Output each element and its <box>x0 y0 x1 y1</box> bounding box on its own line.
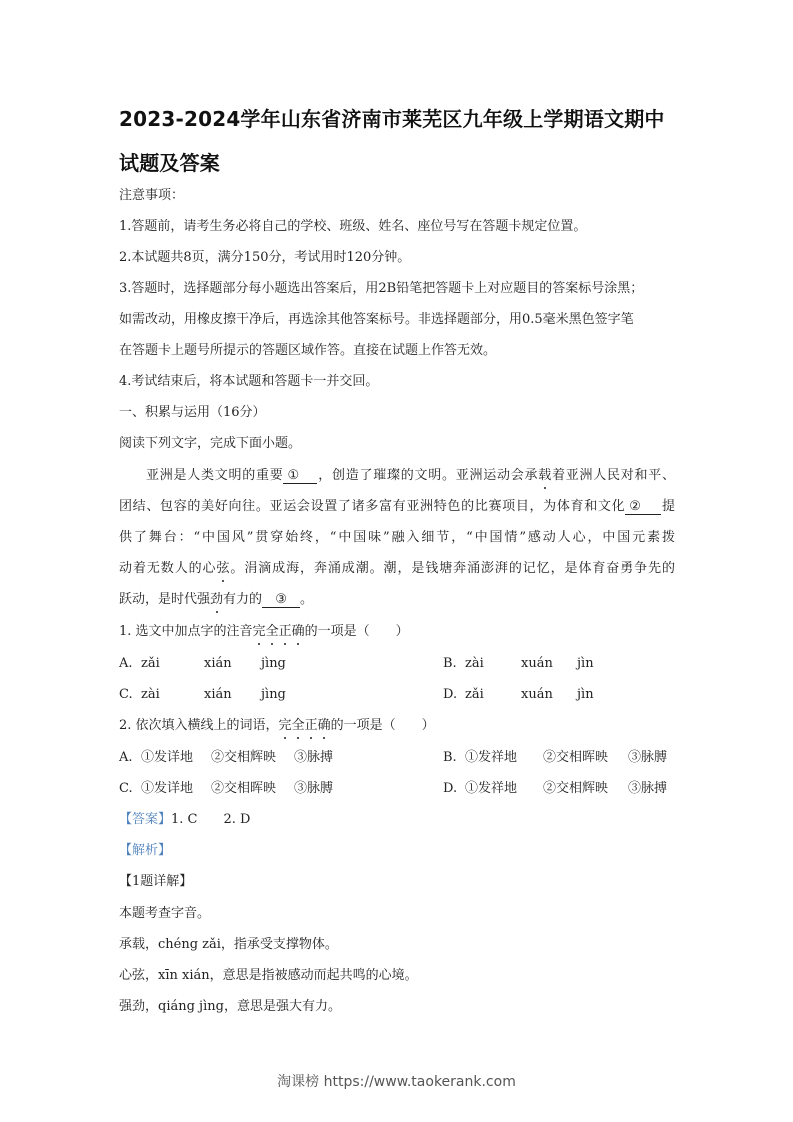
emphasis-char: 全 <box>292 718 305 734</box>
analysis-line-4: 强劲，qiáng jìng，意思是强大有力。 <box>119 999 341 1015</box>
option-value: zài <box>465 656 521 672</box>
analysis-tag: 【解析】 <box>119 843 171 859</box>
option-value: ①发祥地 <box>465 781 543 797</box>
question-stem-text: 的一项是（ ） <box>331 718 435 733</box>
analysis-line-3: 心弦，xīn xián，意思是指被感动而起共鸣的心境。 <box>119 968 418 984</box>
option-value: ①发详地 <box>141 781 211 797</box>
emphasis-char: 全 <box>266 624 279 640</box>
passage-text: 有力的 <box>223 592 262 607</box>
note-item-1: 1.答题前，请考生务必将自己的学校、班级、姓名、座位号写在答题卡规定位置。 <box>119 219 586 235</box>
question-2-option-b[interactable]: B.①发祥地②交相晖映③脉膊 <box>443 750 667 766</box>
answer-line: 【答案】1. C 2. D <box>119 812 250 828</box>
emphasis-char: 正 <box>279 624 292 640</box>
option-value: jìn <box>577 656 594 672</box>
blank-1: ① <box>283 468 317 484</box>
emphasis-char: 确 <box>318 718 331 734</box>
question-2-stem: 2. 依次填入横线上的词语，完全正确的一项是（ ） <box>119 718 435 734</box>
passage-text: 团结、包容的美好向往。亚运会设置了诸多富有亚洲特色的比赛项目，为体育和文化 <box>119 499 625 514</box>
emphasis-char: 正 <box>305 718 318 734</box>
option-label: D. <box>443 687 465 703</box>
note-item-2: 2.本试题共8页，满分150分，考试用时120分钟。 <box>119 250 410 266</box>
option-label: D. <box>443 781 465 797</box>
emphasis-char: 载 <box>538 468 551 484</box>
option-label: A. <box>119 750 141 766</box>
section-heading: 一、积累与运用（16分） <box>119 405 266 421</box>
question-stem-text: 1. 选文中加点字的注音 <box>119 624 253 639</box>
option-label: C. <box>119 781 141 797</box>
option-value: ①发祥地 <box>465 750 543 766</box>
section-instruction: 阅读下列文字，完成下面小题。 <box>119 436 301 452</box>
option-label: C. <box>119 687 141 703</box>
document-title-line-1: 2023-2024学年山东省济南市莱芜区九年级上学期语文期中 <box>119 103 679 132</box>
note-item-3-cont-2: 在答题卡上题号所提示的答题区域作答。直接在试题上作答无效。 <box>119 343 496 359</box>
passage-text: 亚洲是人类文明的重要 <box>146 468 283 483</box>
document-title-line-2: 试题及答案 <box>119 147 679 176</box>
analysis-sub-heading: 【1题详解】 <box>119 874 192 890</box>
question-1-option-d[interactable]: D.zǎixuánjìn <box>443 687 594 703</box>
blank-3: ③ <box>262 592 300 608</box>
option-value: ③脉搏 <box>628 781 667 797</box>
option-value: jìng <box>261 687 286 703</box>
passage-text: 提 <box>661 499 675 514</box>
passage-text: 动着无数人的心 <box>119 561 216 576</box>
option-value: ①发详地 <box>141 750 211 766</box>
emphasis-char: 确 <box>292 624 305 640</box>
option-value: zǎi <box>141 656 204 672</box>
option-value: ③脉膊 <box>628 750 667 766</box>
passage-line-5: 跃动，是时代强劲有力的③。 <box>119 592 313 608</box>
note-item-3-cont-1: 如需改动，用橡皮擦干净后，再选涂其他答案标号。非选择题部分，用0.5毫米黑色签字… <box>119 312 634 328</box>
analysis-line-1: 本题考查字音。 <box>119 906 210 922</box>
question-stem-text: 2. 依次填入横线上的词语， <box>119 718 279 733</box>
option-value: xián <box>204 656 261 672</box>
passage-line-2: 团结、包容的美好向往。亚运会设置了诸多富有亚洲特色的比赛项目，为体育和文化②提 <box>119 499 675 515</box>
option-value: ②交相辉映 <box>211 750 294 766</box>
passage-text: 。涓滴成海，奔涌成潮。潮，是钱塘奔涌澎湃的记忆，是体育奋勇争先的 <box>229 561 675 576</box>
option-value: zǎi <box>465 687 521 703</box>
question-1-option-b[interactable]: B.zàixuánjìn <box>443 656 594 672</box>
question-2-option-a[interactable]: A.①发详地②交相辉映③脉搏 <box>119 750 333 766</box>
emphasis-char: 弦 <box>216 561 229 577</box>
option-value: ②交相晖映 <box>211 781 294 797</box>
question-2-option-d[interactable]: D.①发祥地②交相辉映③脉搏 <box>443 781 667 797</box>
passage-text: 。 <box>300 592 313 607</box>
note-item-3: 3.答题时，选择题部分每小题选出答案后，用2B铅笔把答题卡上对应题目的答案标号涂… <box>119 281 643 297</box>
question-2-option-c[interactable]: C.①发详地②交相晖映③脉膊 <box>119 781 333 797</box>
passage-text: 跃动，是时代强 <box>119 592 210 607</box>
passage-text: 着亚洲人民对和平、 <box>551 468 675 483</box>
blank-2: ② <box>625 499 661 515</box>
question-1-stem: 1. 选文中加点字的注音完全正确的一项是（ ） <box>119 624 409 640</box>
question-1-option-c[interactable]: C.zàixiánjìng <box>119 687 286 703</box>
analysis-line-2: 承载，chéng zǎi，指承受支撑物体。 <box>119 937 338 953</box>
option-value: ③脉搏 <box>294 750 333 766</box>
emphasis-char: 完 <box>279 718 292 734</box>
passage-line-4: 动着无数人的心弦。涓滴成海，奔涌成潮。潮，是钱塘奔涌澎湃的记忆，是体育奋勇争先的 <box>119 561 675 577</box>
option-label: B. <box>443 656 465 672</box>
footer-watermark: 淘课榜 https://www.taokerank.com <box>0 1071 793 1091</box>
answer-text: 1. C 2. D <box>171 812 250 827</box>
option-value: ②交相辉映 <box>543 781 628 797</box>
option-label: A. <box>119 656 141 672</box>
passage-line-3: 供了舞台：“中国风”贯穿始终，“中国味”融入细节，“中国情”感动人心，中国元素拨 <box>119 530 675 546</box>
passage-line-1: 亚洲是人类文明的重要①，创造了璀璨的文明。亚洲运动会承载着亚洲人民对和平、 <box>146 468 675 484</box>
answer-tag: 【答案】 <box>119 812 171 827</box>
note-item-4: 4.考试结束后，将本试题和答题卡一并交回。 <box>119 374 378 390</box>
emphasis-char: 完 <box>253 624 266 640</box>
notes-heading: 注意事项： <box>119 188 184 204</box>
option-value: ③脉膊 <box>294 781 333 797</box>
option-value: jìng <box>261 656 286 672</box>
option-value: ②交相晖映 <box>543 750 628 766</box>
option-value: jìn <box>577 687 594 703</box>
passage-text: ，创造了璀璨的文明。亚洲运动会承 <box>317 468 538 483</box>
option-value: xuán <box>521 687 577 703</box>
option-value: zài <box>141 687 204 703</box>
document-page: 2023-2024学年山东省济南市莱芜区九年级上学期语文期中 试题及答案 注意事… <box>0 0 793 1122</box>
question-1-option-a[interactable]: A.zǎixiánjìng <box>119 656 286 672</box>
option-value: xián <box>204 687 261 703</box>
emphasis-char: 劲 <box>210 592 223 608</box>
option-label: B. <box>443 750 465 766</box>
question-stem-text: 的一项是（ ） <box>305 624 409 639</box>
option-value: xuán <box>521 656 577 672</box>
